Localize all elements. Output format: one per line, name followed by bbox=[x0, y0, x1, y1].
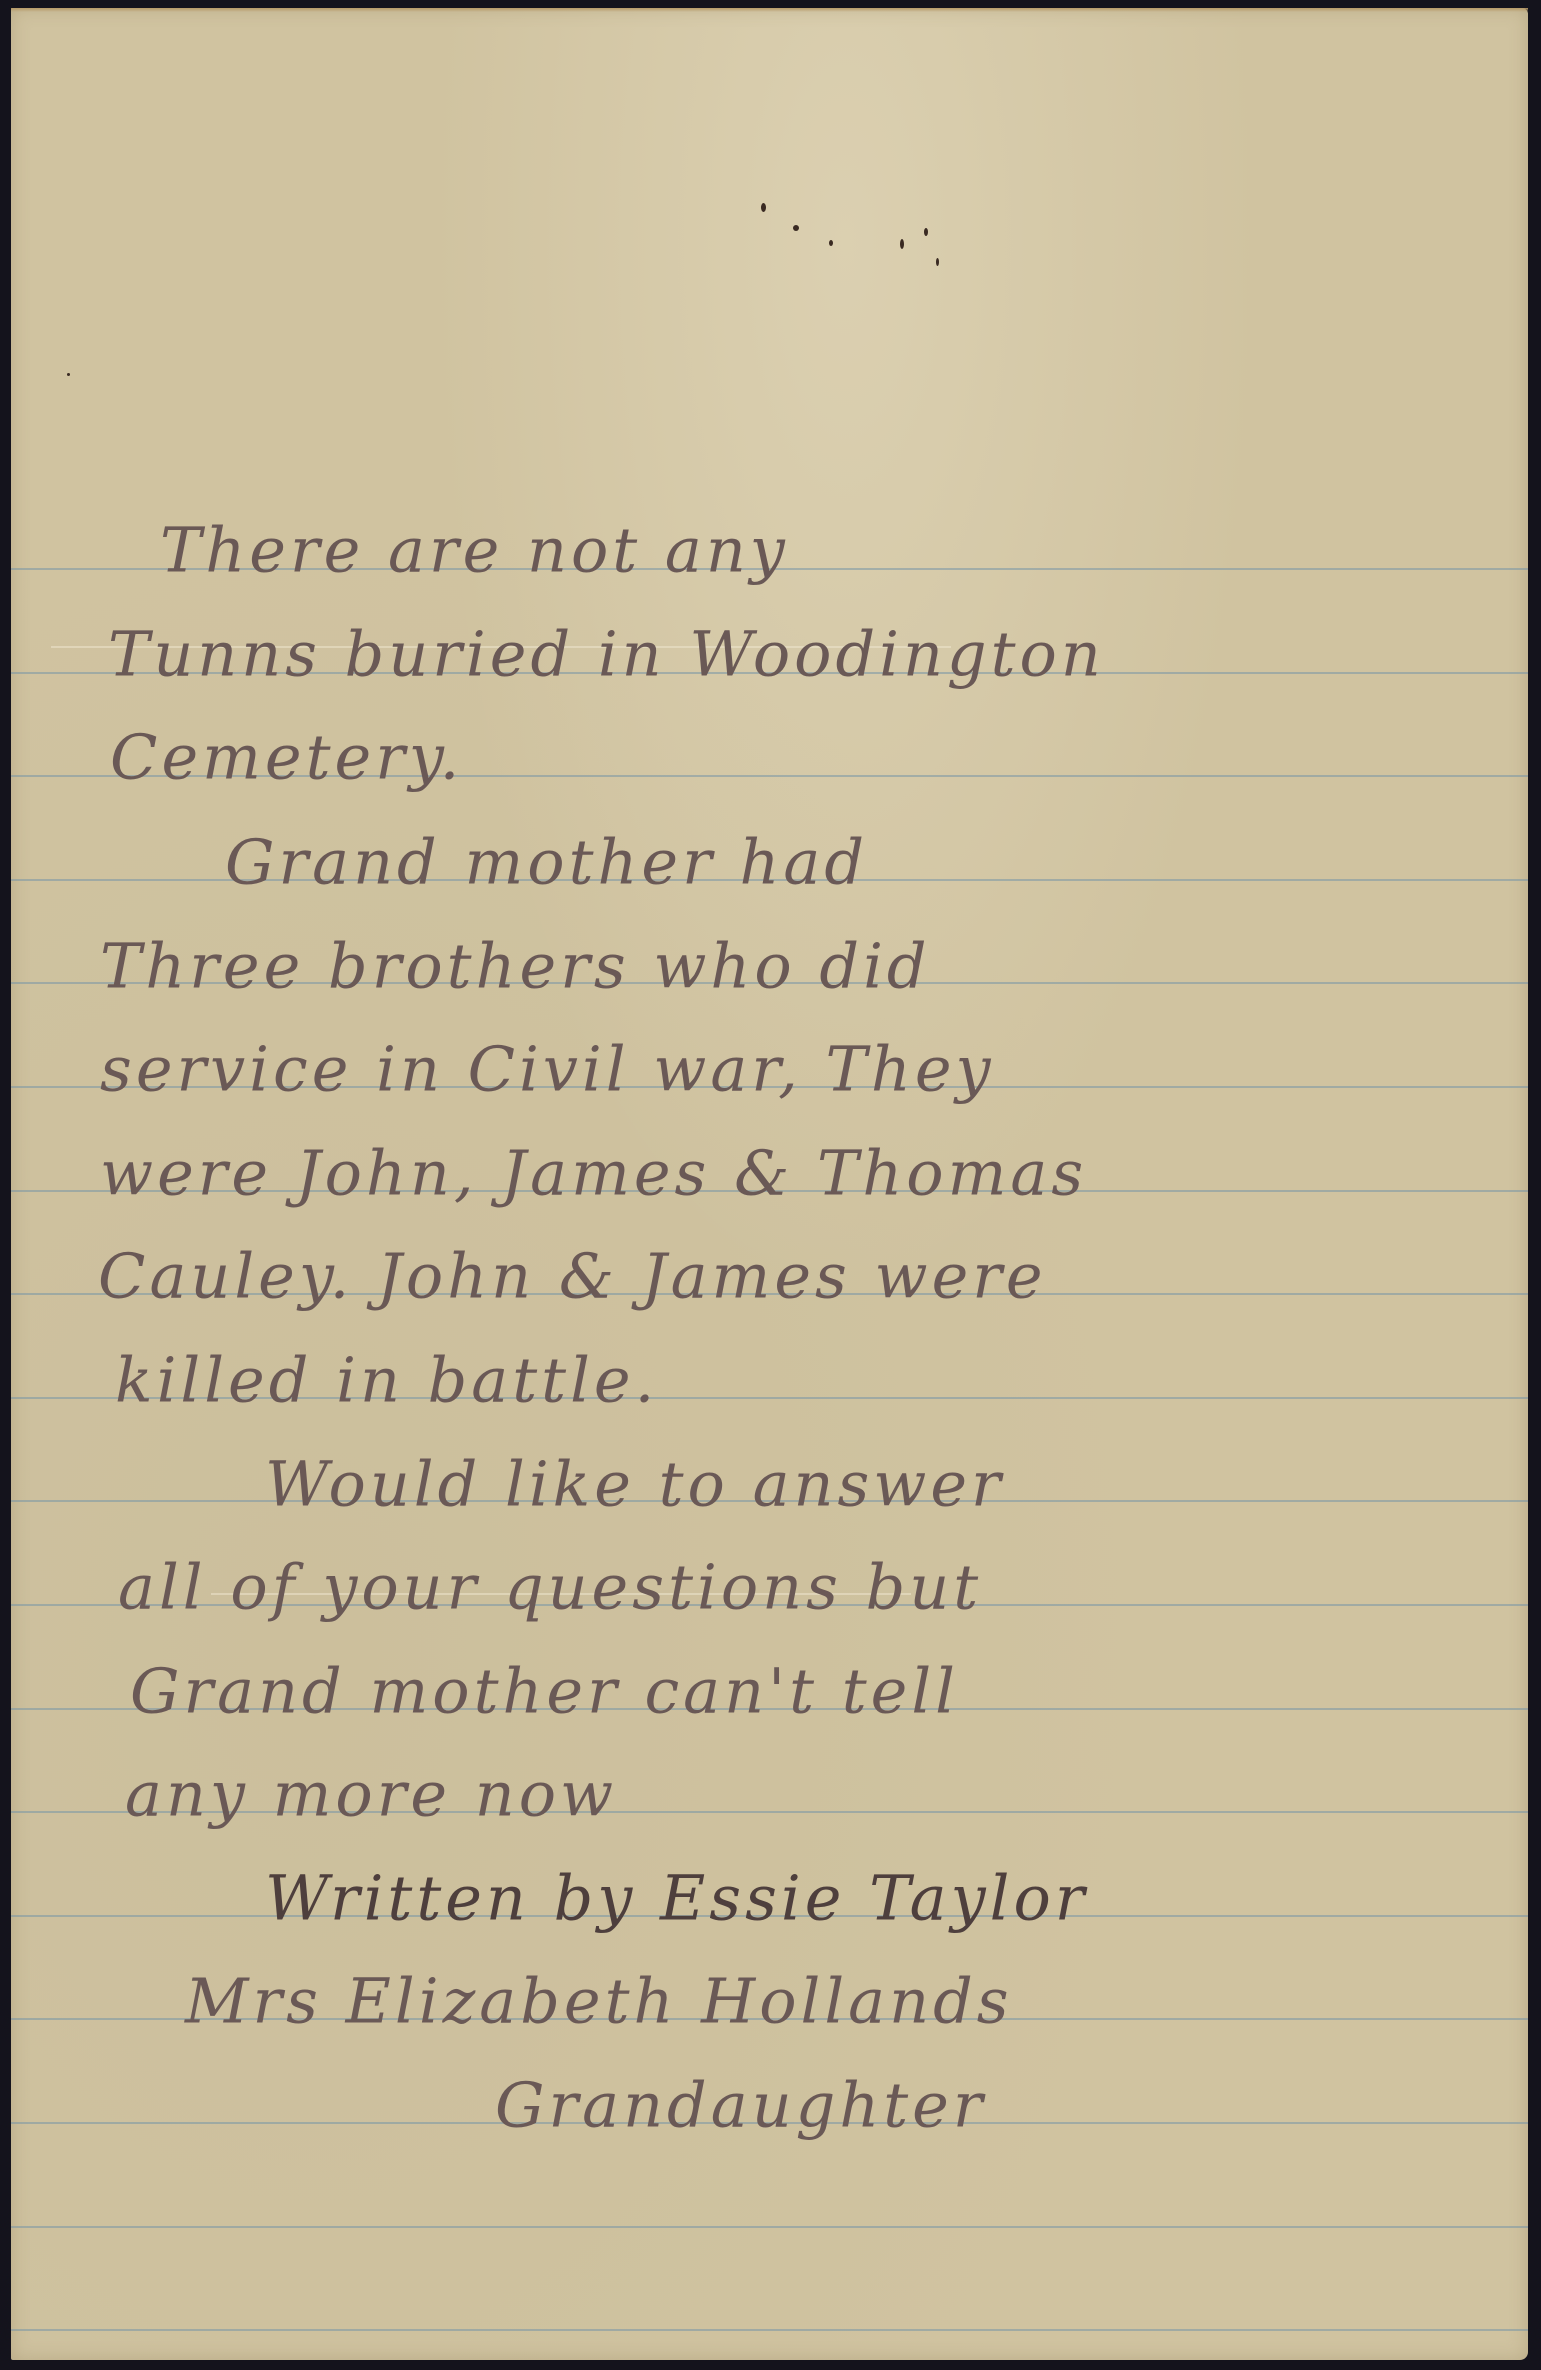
letter-paper: There are not any Tunns buried in Woodin… bbox=[11, 8, 1528, 2360]
paper-blemish bbox=[67, 373, 70, 376]
signature-relation: Grandaughter bbox=[495, 2075, 987, 2137]
letter-line: were John, James & Thomas bbox=[100, 1143, 1087, 1205]
letter-line: Grand mother can't tell bbox=[130, 1661, 959, 1723]
letter-line: Three brothers who did bbox=[100, 936, 931, 998]
letter-line: Grand mother had bbox=[225, 832, 868, 894]
letter-line: any more now bbox=[125, 1764, 617, 1826]
letter-line: There are not any bbox=[160, 520, 789, 582]
signature-subject: Mrs Elizabeth Hollands bbox=[185, 1971, 1013, 2033]
paper-top-edge bbox=[11, 8, 1528, 12]
paper-blemish bbox=[900, 239, 904, 249]
paper-blemish bbox=[829, 240, 833, 246]
letter-line: Would like to answer bbox=[265, 1454, 1005, 1516]
ruled-line bbox=[11, 2226, 1528, 2228]
ruled-line bbox=[11, 2329, 1528, 2331]
letter-line: service in Civil war, They bbox=[100, 1039, 995, 1101]
letter-line: Cauley. John & James were bbox=[98, 1246, 1047, 1308]
letter-line: Tunns buried in Woodington bbox=[108, 624, 1105, 686]
paper-blemish bbox=[924, 228, 928, 236]
paper-blemish bbox=[936, 258, 939, 266]
letter-line: Cemetery. bbox=[110, 727, 463, 789]
paper-blemish bbox=[761, 203, 766, 212]
paper-blemish bbox=[793, 225, 799, 231]
signature-written-by: Written by Essie Taylor bbox=[265, 1868, 1088, 1930]
letter-line: killed in battle. bbox=[115, 1350, 658, 1412]
letter-line: all of your questions but bbox=[118, 1557, 982, 1619]
